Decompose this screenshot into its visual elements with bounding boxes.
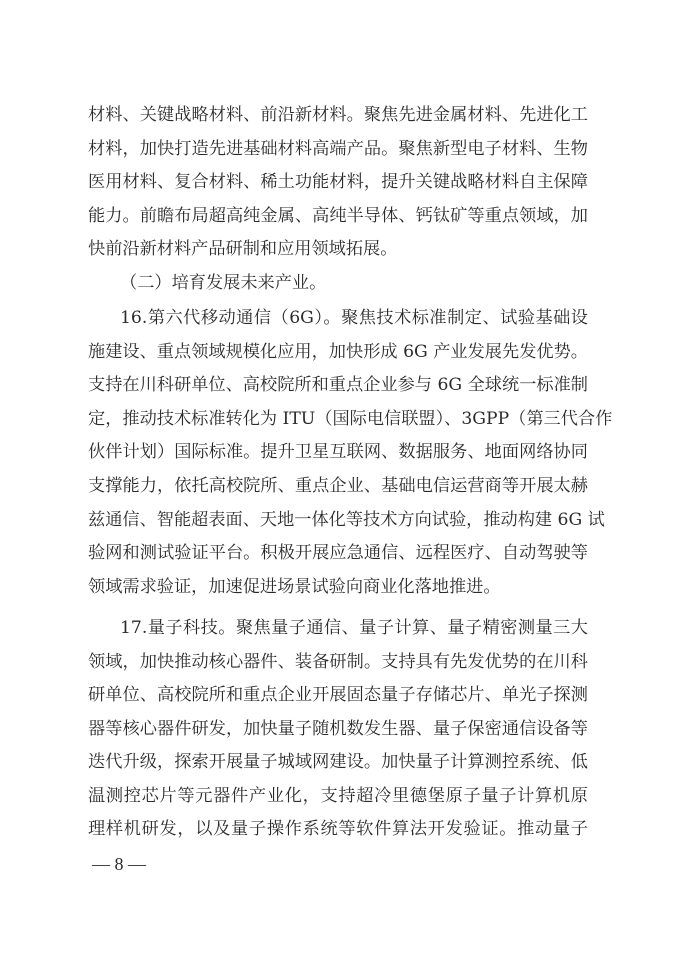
text-line: 验网和测试验证平台。积极开展应急通信、远程医疗、自动驾驶等 bbox=[88, 542, 588, 564]
section-heading: （二）培育发展未来产业。 bbox=[120, 272, 588, 294]
text-line: 医用材料、复合材料、稀土功能材料，提升关键战略材料自主保障 bbox=[88, 171, 588, 193]
text-line: 理样机研发，以及量子操作系统等软件算法开发验证。推动量子 bbox=[88, 818, 588, 840]
text-line: 温测控芯片等元器件产业化，支持超冷里德堡原子量子计算机原 bbox=[88, 785, 588, 807]
text-line: 支撑能力，依托高校院所、重点企业、基础电信运营商等开展太赫 bbox=[88, 475, 588, 497]
text-line: 施建设、重点领域规模化应用，加快形成 6G 产业发展先发优势。 bbox=[88, 341, 588, 363]
page-number: — 8 — bbox=[92, 854, 146, 875]
text-line: 材料、关键战略材料、前沿新材料。聚焦先进金属材料、先进化工 bbox=[88, 104, 588, 126]
item-heading-17: 17.量子科技。聚焦量子通信、量子计算、量子精密测量三大 bbox=[120, 617, 588, 639]
text-line: 领域，加快推动核心器件、装备研制。支持具有先发优势的在川科 bbox=[88, 651, 588, 673]
text-line: 迭代升级，探索开展量子城域网建设。加快量子计算测控系统、低 bbox=[88, 751, 588, 773]
text-line: 快前沿新材料产品研制和应用领域拓展。 bbox=[88, 238, 588, 260]
text-line: 器等核心器件研发，加快量子随机数发生器、量子保密通信设备等 bbox=[88, 718, 588, 740]
item-heading-16: 16.第六代移动通信（6G）。聚焦技术标准制定、试验基础设 bbox=[120, 307, 588, 329]
text-line: 支持在川科研单位、高校院所和重点企业参与 6G 全球统一标准制 bbox=[88, 374, 588, 396]
text-line: 材料，加快打造先进基础材料高端产品。聚焦新型电子材料、生物 bbox=[88, 138, 588, 160]
document-page: 材料、关键战略材料、前沿新材料。聚焦先进金属材料、先进化工 材料，加快打造先进基… bbox=[0, 0, 677, 957]
text-line: 研单位、高校院所和重点企业开展固态量子存储芯片、单光子探测 bbox=[88, 684, 588, 706]
text-line: 兹通信、智能超表面、天地一体化等技术方向试验，推动构建 6G 试 bbox=[88, 509, 588, 531]
text-line: 定，推动技术标准转化为 ITU（国际电信联盟）、3GPP（第三代合作 bbox=[88, 408, 588, 430]
text-line: 能力。前瞻布局超高纯金属、高纯半导体、钙钛矿等重点领域，加 bbox=[88, 205, 588, 227]
text-line: 领域需求验证，加速促进场景试验向商业化落地推进。 bbox=[88, 576, 588, 598]
text-line: 伙伴计划）国际标准。提升卫星互联网、数据服务、地面网络协同 bbox=[88, 441, 588, 463]
